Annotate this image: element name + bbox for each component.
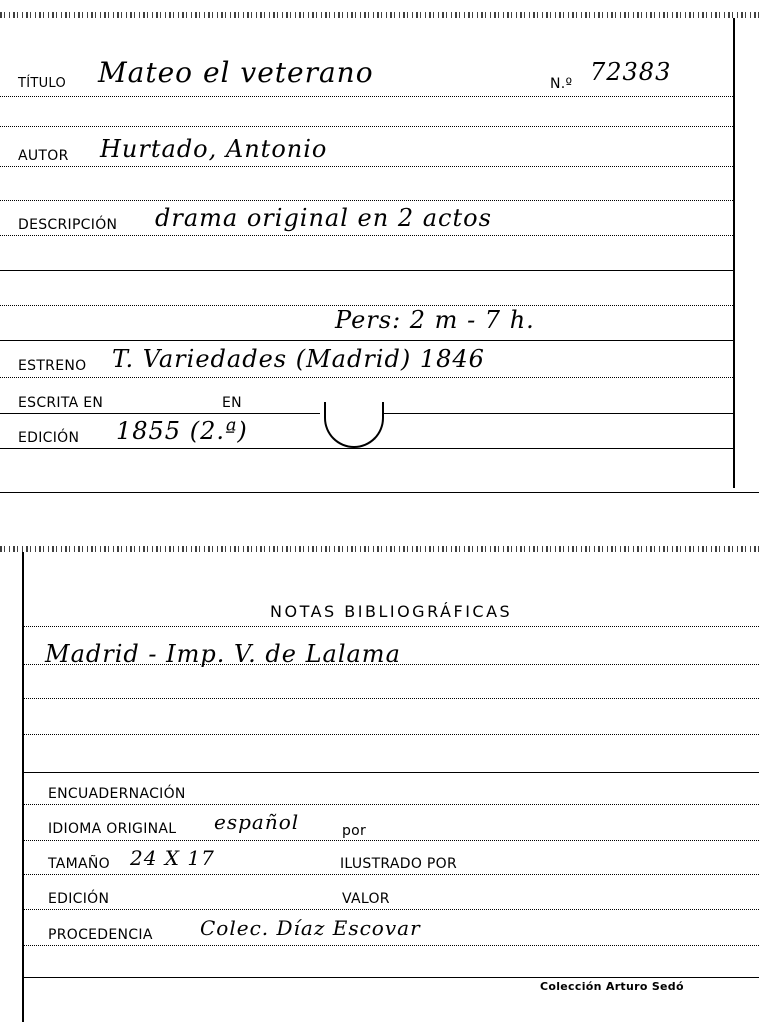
- titulo-label: TÍTULO: [18, 76, 66, 91]
- personajes-rule: [0, 340, 733, 341]
- estreno-rule: [0, 377, 733, 378]
- blank-rule: [0, 126, 733, 127]
- blank-rule: [0, 270, 733, 271]
- card-left-border: [22, 552, 24, 1022]
- en-label: EN: [222, 395, 242, 411]
- procedencia-value: Colec. Díaz Escovar: [200, 916, 421, 940]
- idioma-rule: [22, 840, 759, 841]
- procedencia-rule: [22, 945, 759, 946]
- blank-rule: [0, 200, 733, 201]
- numero-value: 72383: [590, 58, 671, 86]
- edicion-label: EDICIÓN: [18, 430, 79, 446]
- tamano-rule: [22, 874, 759, 875]
- collection-footer: Colección Arturo Sedó: [540, 980, 684, 993]
- descripcion-rule: [0, 235, 733, 236]
- idioma-original-value: español: [214, 810, 299, 834]
- titulo-value: Mateo el veterano: [98, 56, 374, 89]
- notas-rule: [22, 626, 759, 627]
- escrita-en-rule-left: [0, 413, 320, 414]
- encuadernacion-rule: [22, 804, 759, 805]
- notas-line-3-rule: [22, 734, 759, 735]
- notas-line-1-rule: [22, 664, 759, 665]
- estreno-label: ESTRENO: [18, 358, 86, 374]
- por-label: por: [342, 823, 366, 839]
- valor-label: VALOR: [342, 891, 390, 907]
- descripcion-label: DESCRIPCIÓN: [18, 217, 117, 233]
- edicion-label: EDICIÓN: [48, 891, 109, 907]
- autor-value: Hurtado, Antonio: [100, 135, 327, 163]
- notas-line-4-rule: [22, 772, 759, 773]
- idioma-original-label: IDIOMA ORIGINAL: [48, 821, 176, 837]
- escrita-en-label: ESCRITA EN: [18, 395, 103, 411]
- punch-hole-arc: [324, 402, 384, 448]
- numero-label: N.º: [550, 76, 572, 92]
- titulo-rule: [0, 96, 733, 97]
- card-separator: [0, 492, 759, 493]
- autor-label: AUTOR: [18, 148, 69, 164]
- encuadernacion-label: ENCUADERNACIÓN: [48, 786, 186, 802]
- autor-rule: [0, 166, 733, 167]
- personajes-value: Pers: 2 m - 7 h.: [335, 306, 535, 334]
- notas-line-2-rule: [22, 698, 759, 699]
- procedencia-label: PROCEDENCIA: [48, 927, 153, 943]
- notas-heading: NOTAS BIBLIOGRÁFICAS: [270, 602, 512, 621]
- card-right-border: [733, 18, 735, 488]
- edicion-rule: [0, 448, 733, 449]
- estreno-value: T. Variedades (Madrid) 1846: [112, 345, 485, 373]
- edicion-value: 1855 (2.ª): [116, 417, 248, 445]
- ilustrado-por-label: ILUSTRADO POR: [340, 856, 457, 872]
- catalog-card-back: NOTAS BIBLIOGRÁFICAS Madrid - Imp. V. de…: [0, 540, 759, 1028]
- card-top-edge: [0, 12, 759, 18]
- tamano-label: TAMAÑO: [48, 856, 110, 872]
- bottom-rule: [22, 977, 759, 978]
- tamano-value: 24 X 17: [130, 846, 215, 870]
- catalog-card-front: TÍTULO Mateo el veterano N.º 72383 AUTOR…: [0, 0, 759, 495]
- card-top-edge: [0, 546, 759, 552]
- edicion-rule: [22, 909, 759, 910]
- descripcion-value: drama original en 2 actos: [155, 204, 492, 232]
- escrita-en-rule-right: [382, 413, 733, 414]
